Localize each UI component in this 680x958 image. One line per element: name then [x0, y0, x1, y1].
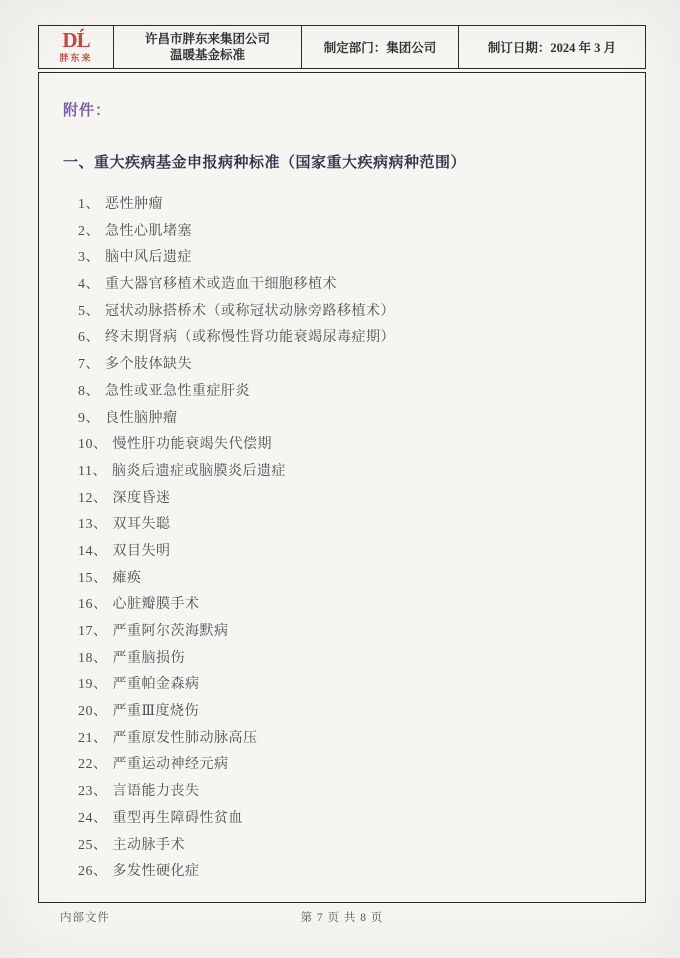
item-number: 21、	[78, 727, 108, 747]
document-page: DĹ 胖东来 许昌市胖东来集团公司 温暖基金标准 制定部门：集团公司 制订日期：…	[0, 0, 680, 958]
item-text: 严重帕金森病	[113, 673, 200, 693]
list-item: 17、严重阿尔茨海默病	[78, 620, 625, 647]
list-item: 16、心脏瓣膜手术	[78, 593, 625, 620]
list-item: 18、严重脑损伤	[78, 647, 625, 674]
list-item: 6、终末期肾病（或称慢性肾功能衰竭尿毒症期）	[78, 326, 625, 353]
item-text: 心脏瓣膜手术	[113, 593, 200, 613]
item-number: 2、	[78, 220, 100, 240]
issuing-department-text: 制定部门：集团公司	[324, 38, 437, 56]
item-text: 主动脉手术	[113, 834, 186, 854]
item-text: 深度昏迷	[113, 487, 171, 507]
list-item: 2、急性心肌堵塞	[78, 220, 625, 247]
item-number: 9、	[78, 407, 100, 427]
item-number: 15、	[78, 567, 108, 587]
item-number: 3、	[78, 246, 100, 266]
item-text: 急性心肌堵塞	[105, 220, 192, 240]
issue-date-text: 制订日期：2024 年 3 月	[488, 38, 616, 56]
company-logo: DĹ 胖东来	[39, 26, 113, 68]
page-footer: 内部文件 第 7 页 共 8 页	[38, 909, 646, 929]
item-number: 10、	[78, 433, 108, 453]
item-text: 恶性肿瘤	[105, 193, 163, 213]
list-item: 20、严重Ⅲ度烧伤	[78, 700, 625, 727]
section-title: 一、重大疾病基金申报病种标准（国家重大疾病病种范围）	[63, 151, 625, 172]
item-text: 严重原发性肺动脉高压	[113, 727, 258, 747]
list-item: 5、冠状动脉搭桥术（或称冠状动脉旁路移植术）	[78, 300, 625, 327]
item-number: 4、	[78, 273, 100, 293]
list-item: 9、 良性脑肿瘤	[78, 407, 625, 434]
item-text: 冠状动脉搭桥术（或称冠状动脉旁路移植术）	[105, 300, 395, 320]
list-item: 4、重大器官移植术或造血干细胞移植术	[78, 273, 625, 300]
item-number: 23、	[78, 780, 108, 800]
list-item: 15、瘫痪	[78, 567, 625, 594]
logo-dl-mark: DĹ	[62, 30, 89, 50]
item-text: 多发性硬化症	[113, 860, 200, 880]
document-title-line1: 许昌市胖东来集团公司	[145, 31, 270, 47]
item-number: 18、	[78, 647, 108, 667]
item-text: 严重运动神经元病	[113, 753, 229, 773]
footer-page-number: 第 7 页 共 8 页	[38, 909, 646, 925]
issue-date-cell: 制订日期：2024 年 3 月	[458, 26, 645, 68]
disease-list: 1、恶性肿瘤2、急性心肌堵塞3、脑中风后遗症4、重大器官移植术或造血干细胞移植术…	[63, 193, 625, 887]
item-number: 26、	[78, 860, 108, 880]
item-text: 严重阿尔茨海默病	[113, 620, 229, 640]
list-item: 3、脑中风后遗症	[78, 246, 625, 273]
item-number: 14、	[78, 540, 108, 560]
document-title-cell: 许昌市胖东来集团公司 温暖基金标准	[113, 26, 301, 68]
item-number: 11、	[78, 460, 107, 480]
item-number: 12、	[78, 487, 108, 507]
item-text: 脑炎后遗症或脑膜炎后遗症	[112, 460, 286, 480]
item-text: 言语能力丧失	[113, 780, 200, 800]
attachment-label: 附件：	[63, 99, 625, 120]
list-item: 26、多发性硬化症	[78, 860, 625, 887]
item-number: 16、	[78, 593, 108, 613]
item-number: 20、	[78, 700, 108, 720]
item-text: 良性脑肿瘤	[105, 407, 178, 427]
document-title-line2: 温暖基金标准	[170, 47, 245, 63]
list-item: 10、慢性肝功能衰竭失代偿期	[78, 433, 625, 460]
item-text: 脑中风后遗症	[105, 246, 192, 266]
item-text: 重大器官移植术或造血干细胞移植术	[105, 273, 337, 293]
item-text: 急性或亚急性重症肝炎	[105, 380, 250, 400]
list-item: 22、严重运动神经元病	[78, 753, 625, 780]
item-text: 多个肢体缺失	[105, 353, 192, 373]
item-text: 终末期肾病（或称慢性肾功能衰竭尿毒症期）	[105, 326, 395, 346]
item-text: 瘫痪	[113, 567, 142, 587]
list-item: 11、脑炎后遗症或脑膜炎后遗症	[78, 460, 625, 487]
list-item: 24、重型再生障碍性贫血	[78, 807, 625, 834]
item-number: 1、	[78, 193, 100, 213]
item-number: 22、	[78, 753, 108, 773]
list-item: 21、严重原发性肺动脉高压	[78, 727, 625, 754]
item-text: 双耳失聪	[113, 513, 171, 533]
issuing-department-cell: 制定部门：集团公司	[301, 26, 458, 68]
list-item: 1、恶性肿瘤	[78, 193, 625, 220]
item-number: 7、	[78, 353, 100, 373]
logo-subtext: 胖东来	[59, 51, 92, 64]
item-text: 严重Ⅲ度烧伤	[113, 700, 200, 720]
item-text: 严重脑损伤	[113, 647, 186, 667]
item-text: 慢性肝功能衰竭失代偿期	[113, 433, 273, 453]
item-number: 5、	[78, 300, 100, 320]
list-item: 19、严重帕金森病	[78, 673, 625, 700]
item-number: 6、	[78, 326, 100, 346]
list-item: 14、双目失明	[78, 540, 625, 567]
item-number: 24、	[78, 807, 108, 827]
list-item: 8、急性或亚急性重症肝炎	[78, 380, 625, 407]
item-number: 8、	[78, 380, 100, 400]
item-text: 重型再生障碍性贫血	[113, 807, 244, 827]
list-item: 12、深度昏迷	[78, 487, 625, 514]
item-text: 双目失明	[113, 540, 171, 560]
list-item: 25、主动脉手术	[78, 834, 625, 861]
item-number: 25、	[78, 834, 108, 854]
item-number: 19、	[78, 673, 108, 693]
list-item: 13、双耳失聪	[78, 513, 625, 540]
content-box: 附件： 一、重大疾病基金申报病种标准（国家重大疾病病种范围） 1、恶性肿瘤2、急…	[38, 72, 646, 903]
document-header-table: DĹ 胖东来 许昌市胖东来集团公司 温暖基金标准 制定部门：集团公司 制订日期：…	[38, 25, 646, 69]
list-item: 23、言语能力丧失	[78, 780, 625, 807]
list-item: 7、多个肢体缺失	[78, 353, 625, 380]
item-number: 13、	[78, 513, 108, 533]
item-number: 17、	[78, 620, 108, 640]
